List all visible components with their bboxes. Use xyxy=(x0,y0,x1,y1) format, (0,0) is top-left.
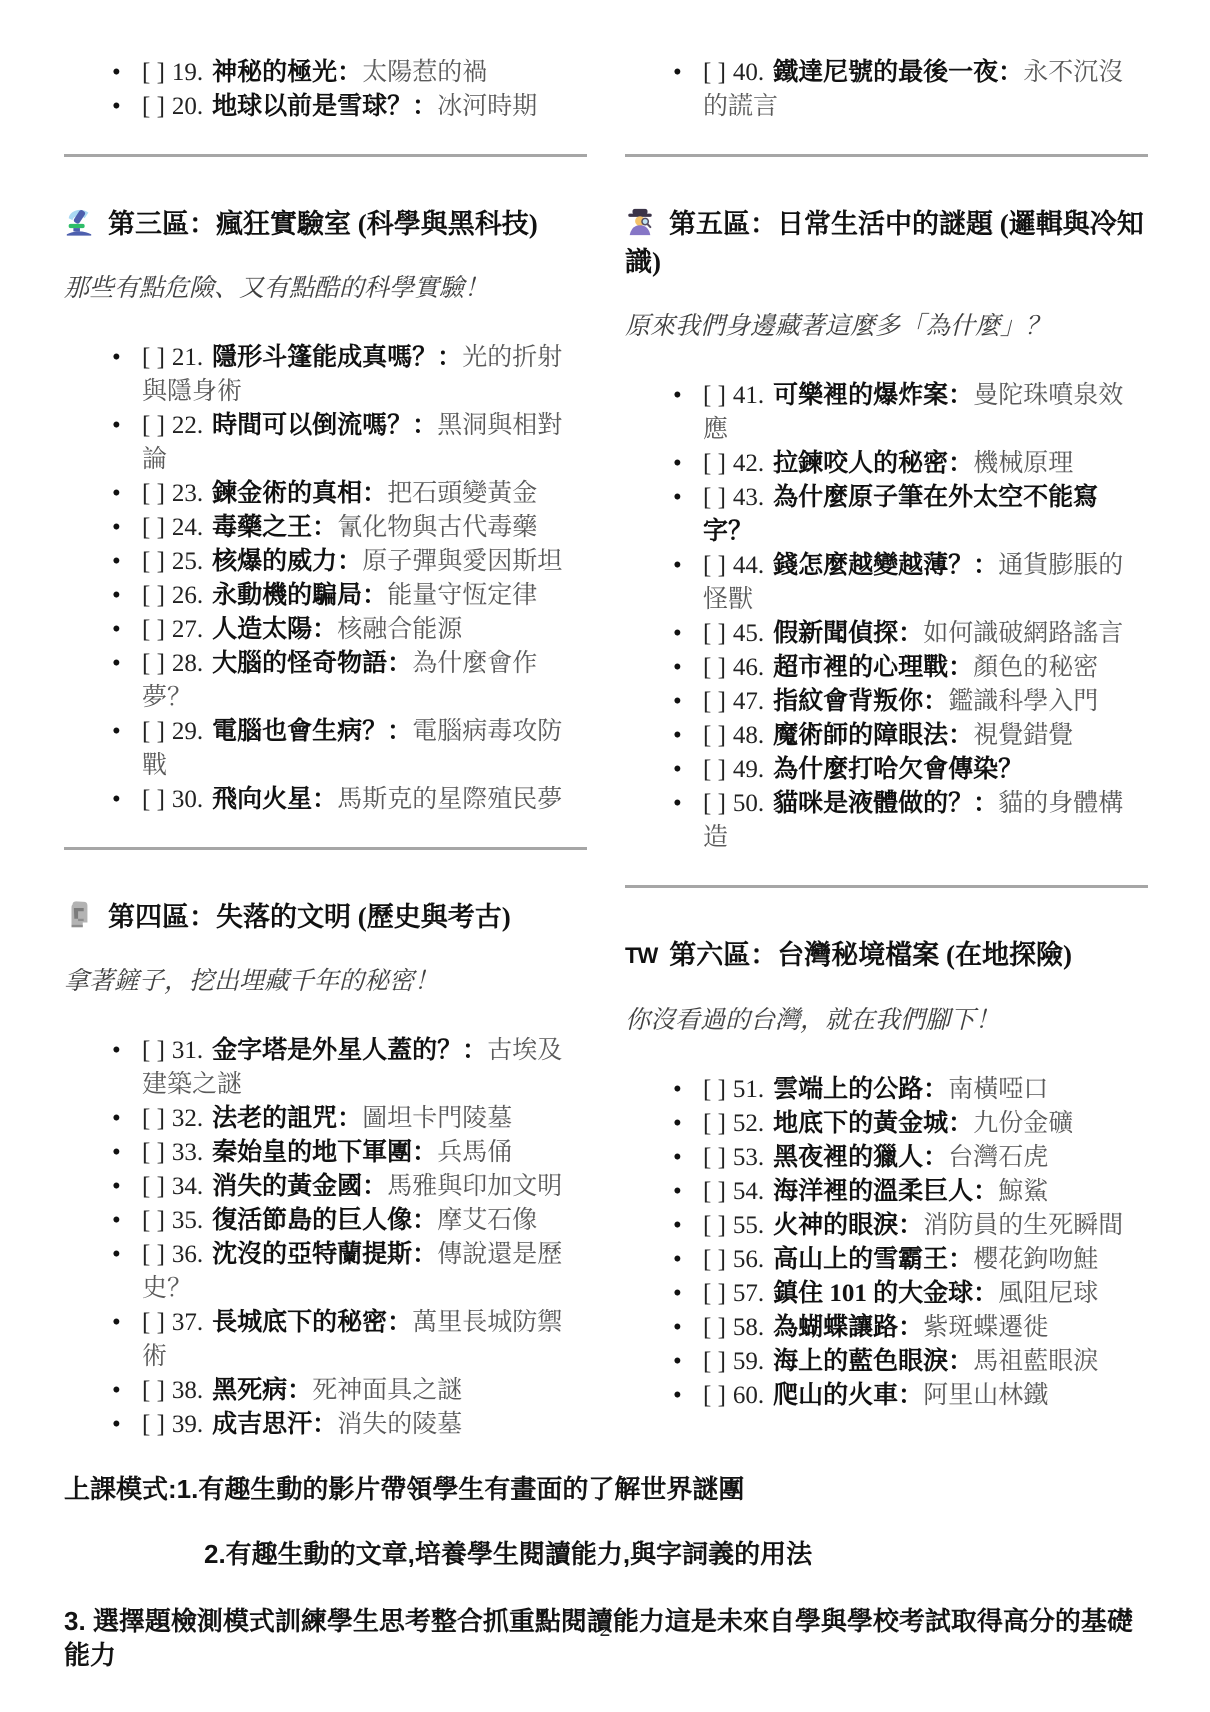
item-title: 成吉思汗 xyxy=(212,1411,312,1438)
item-title: 電腦也會生病？ xyxy=(212,718,387,745)
item-number: 36. xyxy=(172,1241,203,1268)
item-title: 法老的詛咒 xyxy=(212,1105,337,1132)
item-colon: ： xyxy=(412,93,437,120)
item-number: 24. xyxy=(172,514,203,541)
list-item: [ ]24.毒藥之王：氰化物與古代毒藥 xyxy=(142,511,587,545)
item-description: 櫻花鉤吻鮭 xyxy=(973,1246,1098,1273)
item-title: 假新聞偵探 xyxy=(773,620,898,647)
item-number: 45. xyxy=(733,620,764,647)
section-6-list: [ ]51.雲端上的公路：南橫啞口 [ ]52.地底下的黃金城：九份金礦 [ ]… xyxy=(625,1073,1148,1413)
list-item: [ ]60.爬山的火車：阿里山林鐵 xyxy=(703,1379,1148,1413)
item-number: 29. xyxy=(172,718,203,745)
item-colon: ： xyxy=(948,450,973,477)
section-divider xyxy=(625,154,1148,157)
item-number: 52. xyxy=(733,1110,764,1137)
item-number: 37. xyxy=(172,1309,203,1336)
item-number: 59. xyxy=(733,1348,764,1375)
item-title: 為什麼打哈欠會傳染？ xyxy=(773,756,1023,783)
item-description: 馬斯克的星際殖民夢 xyxy=(337,786,562,813)
item-colon: ： xyxy=(898,620,923,647)
checkbox-placeholder: [ ] xyxy=(142,548,165,575)
checkbox-placeholder: [ ] xyxy=(703,1246,726,1273)
item-number: 46. xyxy=(733,654,764,681)
item-description: 機械原理 xyxy=(973,450,1073,477)
item-colon: ： xyxy=(362,480,387,507)
item-title: 秦始皇的地下軍團 xyxy=(212,1139,412,1166)
item-description: 圖坦卡門陵墓 xyxy=(362,1105,512,1132)
item-description: 冰河時期 xyxy=(437,93,537,120)
item-colon: ： xyxy=(337,1105,362,1132)
list-item: [ ]25.核爆的威力：原子彈與愛因斯坦 xyxy=(142,545,587,579)
left-column: [ ]19.神秘的極光：太陽惹的禍 [ ]20.地球以前是雪球？：冰河時期 第三… xyxy=(64,56,587,1442)
list-item: [ ]40.鐵達尼號的最後一夜：永不沉沒的謊言 xyxy=(703,56,1148,124)
item-title: 雲端上的公路 xyxy=(773,1076,923,1103)
item-title: 人造太陽 xyxy=(212,616,312,643)
item-number: 21. xyxy=(172,344,203,371)
item-number: 56. xyxy=(733,1246,764,1273)
section-subtitle: 原來我們身邊藏著這麼多「為什麼」？ xyxy=(625,311,1148,343)
item-description: 能量守恆定律 xyxy=(387,582,537,609)
item-description: 視覺錯覺 xyxy=(973,722,1073,749)
item-colon: ： xyxy=(973,790,998,817)
item-number: 35. xyxy=(172,1207,203,1234)
checkbox-placeholder: [ ] xyxy=(703,59,726,86)
item-description: 太陽惹的禍 xyxy=(362,59,487,86)
item-number: 49. xyxy=(733,756,764,783)
item-colon: ： xyxy=(387,718,412,745)
item-colon: ： xyxy=(923,688,948,715)
item-number: 27. xyxy=(172,616,203,643)
item-description: 消失的陵墓 xyxy=(337,1411,462,1438)
checkbox-placeholder: [ ] xyxy=(703,654,726,681)
list-item: [ ]53.黑夜裡的獵人：台灣石虎 xyxy=(703,1141,1148,1175)
item-colon: ： xyxy=(948,382,973,409)
page-number: 2 xyxy=(0,1616,1210,1642)
item-title: 長城底下的秘密 xyxy=(212,1309,387,1336)
checkbox-placeholder: [ ] xyxy=(703,1212,726,1239)
taiwan-flag-icon: TW xyxy=(625,937,657,975)
item-title: 大腦的怪奇物語 xyxy=(212,650,387,677)
list-item: [ ]47.指紋會背叛你：鑑識科學入門 xyxy=(703,685,1148,719)
course-mode-notes: 上課模式:1.有趣生動的影片帶領學生有畫面的了解世界謎團 2.有趣生動的文章,培… xyxy=(64,1472,1148,1672)
list-item: [ ]30.飛向火星：馬斯克的星際殖民夢 xyxy=(142,783,587,817)
item-title: 為蝴蝶讓路 xyxy=(773,1314,898,1341)
checkbox-placeholder: [ ] xyxy=(142,1241,165,1268)
checkbox-placeholder: [ ] xyxy=(703,790,726,817)
section-4-header: 第四區：失落的文明 (歷史與考古) xyxy=(64,898,587,936)
item-colon: ： xyxy=(437,344,462,371)
item-title: 可樂裡的爆炸案 xyxy=(773,382,948,409)
list-item: [ ]26.永動機的騙局：能量守恆定律 xyxy=(142,579,587,613)
item-colon: ： xyxy=(312,514,337,541)
document-page: [ ]19.神秘的極光：太陽惹的禍 [ ]20.地球以前是雪球？：冰河時期 第三… xyxy=(0,0,1210,1712)
checkbox-placeholder: [ ] xyxy=(142,1105,165,1132)
item-colon: ： xyxy=(973,1280,998,1307)
section-divider xyxy=(64,847,587,850)
item-title: 永動機的騙局 xyxy=(212,582,362,609)
list-item: [ ]37.長城底下的秘密：萬里長城防禦術 xyxy=(142,1306,587,1374)
section-5-list: [ ]41.可樂裡的爆炸案：曼陀珠噴泉效應 [ ]42.拉鍊咬人的秘密：機械原理… xyxy=(625,379,1148,855)
section-5: 第五區：日常生活中的謎題 (邏輯與冷知識) 原來我們身邊藏著這麼多「為什麼」？ … xyxy=(625,205,1148,855)
list-item: [ ]34.消失的黃金國：馬雅與印加文明 xyxy=(142,1170,587,1204)
item-number: 47. xyxy=(733,688,764,715)
item-number: 57. xyxy=(733,1280,764,1307)
item-title: 指紋會背叛你 xyxy=(773,688,923,715)
item-colon: ： xyxy=(412,1241,437,1268)
item-number: 26. xyxy=(172,582,203,609)
item-number: 19. xyxy=(172,59,203,86)
item-number: 39. xyxy=(172,1411,203,1438)
checkbox-placeholder: [ ] xyxy=(142,616,165,643)
item-title: 鎮住 101 的大金球 xyxy=(773,1280,973,1307)
list-item: [ ]45.假新聞偵探：如何識破網路謠言 xyxy=(703,617,1148,651)
item-number: 54. xyxy=(733,1178,764,1205)
list-item: [ ]59.海上的藍色眼淚：馬祖藍眼淚 xyxy=(703,1345,1148,1379)
section-subtitle: 你沒看過的台灣，就在我們腳下！ xyxy=(625,1005,1148,1037)
checkbox-placeholder: [ ] xyxy=(703,1348,726,1375)
item-number: 25. xyxy=(172,548,203,575)
checkbox-placeholder: [ ] xyxy=(142,786,165,813)
checkbox-placeholder: [ ] xyxy=(142,1207,165,1234)
course-mode-line-2: 2.有趣生動的文章,培養學生閱讀能力,與字詞義的用法 xyxy=(64,1537,1148,1571)
microscope-icon xyxy=(64,207,94,237)
list-item: [ ]48.魔術師的障眼法：視覺錯覺 xyxy=(703,719,1148,753)
item-colon: ： xyxy=(387,1309,412,1336)
item-number: 50. xyxy=(733,790,764,817)
item-number: 41. xyxy=(733,382,764,409)
section-subtitle: 拿著鏟子，挖出埋藏千年的秘密！ xyxy=(64,966,587,998)
item-title: 黑死病 xyxy=(212,1377,287,1404)
section-title: 第三區：瘋狂實驗室 (科學與黑科技) xyxy=(108,209,538,239)
item-colon: ： xyxy=(412,412,437,439)
item-title: 海上的藍色眼淚 xyxy=(773,1348,948,1375)
list-item: [ ]27.人造太陽：核融合能源 xyxy=(142,613,587,647)
item-title: 黑夜裡的獵人 xyxy=(773,1144,923,1171)
item-colon: ： xyxy=(923,1144,948,1171)
checkbox-placeholder: [ ] xyxy=(142,1037,165,1064)
list-item: [ ]31.金字塔是外星人蓋的？：古埃及建築之謎 xyxy=(142,1034,587,1102)
item-number: 23. xyxy=(172,480,203,507)
item-description: 死神面具之謎 xyxy=(312,1377,462,1404)
item-colon: ： xyxy=(412,1207,437,1234)
item-description: 鯨鯊 xyxy=(998,1178,1048,1205)
list-item: [ ]32.法老的詛咒：圖坦卡門陵墓 xyxy=(142,1102,587,1136)
item-number: 30. xyxy=(172,786,203,813)
item-number: 53. xyxy=(733,1144,764,1171)
checkbox-placeholder: [ ] xyxy=(703,450,726,477)
item-colon: ： xyxy=(948,1348,973,1375)
item-title: 時間可以倒流嗎？ xyxy=(212,412,412,439)
checkbox-placeholder: [ ] xyxy=(142,514,165,541)
checkbox-placeholder: [ ] xyxy=(142,718,165,745)
item-title: 核爆的威力 xyxy=(212,548,337,575)
item-number: 31. xyxy=(172,1037,203,1064)
item-description: 把石頭變黃金 xyxy=(387,480,537,507)
item-title: 火神的眼淚 xyxy=(773,1212,898,1239)
item-title: 地球以前是雪球？ xyxy=(212,93,412,120)
section-5-header: 第五區：日常生活中的謎題 (邏輯與冷知識) xyxy=(625,205,1148,281)
checkbox-placeholder: [ ] xyxy=(142,1377,165,1404)
checkbox-placeholder: [ ] xyxy=(142,344,165,371)
checkbox-placeholder: [ ] xyxy=(703,620,726,647)
checkbox-placeholder: [ ] xyxy=(142,412,165,439)
checkbox-placeholder: [ ] xyxy=(703,1280,726,1307)
list-item: [ ]46.超市裡的心理戰：顏色的秘密 xyxy=(703,651,1148,685)
checkbox-placeholder: [ ] xyxy=(142,650,165,677)
item-title: 高山上的雪霸王 xyxy=(773,1246,948,1273)
item-colon: ： xyxy=(412,1139,437,1166)
item-colon: ： xyxy=(948,1110,973,1137)
list-item: [ ]43.為什麼原子筆在外太空不能寫字？ xyxy=(703,481,1148,549)
item-description: 台灣石虎 xyxy=(948,1144,1048,1171)
list-item: [ ]21.隱形斗篷能成真嗎？：光的折射與隱身術 xyxy=(142,341,587,409)
item-number: 34. xyxy=(172,1173,203,1200)
item-description: 紫斑蝶遷徙 xyxy=(923,1314,1048,1341)
item-colon: ： xyxy=(973,552,998,579)
checkbox-placeholder: [ ] xyxy=(703,1178,726,1205)
course-mode-line-1: 上課模式:1.有趣生動的影片帶領學生有畫面的了解世界謎團 xyxy=(64,1472,1148,1506)
section-title: 第六區：台灣秘境檔案 (在地探險) xyxy=(669,940,1072,970)
section-subtitle: 那些有點危險、又有點酷的科學實驗！ xyxy=(64,273,587,305)
item-title: 鐵達尼號的最後一夜 xyxy=(773,59,998,86)
item-description: 馬祖藍眼淚 xyxy=(973,1348,1098,1375)
checkbox-placeholder: [ ] xyxy=(703,756,726,783)
list-item: [ ]20.地球以前是雪球？：冰河時期 xyxy=(142,90,587,124)
item-title: 神秘的極光 xyxy=(212,59,337,86)
checkbox-placeholder: [ ] xyxy=(142,480,165,507)
checkbox-placeholder: [ ] xyxy=(703,1076,726,1103)
item-description: 如何識破網路謠言 xyxy=(923,620,1123,647)
list-item: [ ]39.成吉思汗：消失的陵墓 xyxy=(142,1408,587,1442)
list-item: [ ]51.雲端上的公路：南橫啞口 xyxy=(703,1073,1148,1107)
item-title: 海洋裡的溫柔巨人 xyxy=(773,1178,973,1205)
item-description: 核融合能源 xyxy=(337,616,462,643)
item-number: 58. xyxy=(733,1314,764,1341)
item-colon: ： xyxy=(998,59,1023,86)
item-description: 兵馬俑 xyxy=(437,1139,512,1166)
list-item: [ ]50.貓咪是液體做的？：貓的身體構造 xyxy=(703,787,1148,855)
item-number: 28. xyxy=(172,650,203,677)
list-item: [ ]41.可樂裡的爆炸案：曼陀珠噴泉效應 xyxy=(703,379,1148,447)
item-description: 原子彈與愛因斯坦 xyxy=(362,548,562,575)
item-number: 43. xyxy=(733,484,764,511)
checkbox-placeholder: [ ] xyxy=(142,1139,165,1166)
list-item: [ ]29.電腦也會生病？：電腦病毒攻防戰 xyxy=(142,715,587,783)
section-4: 第四區：失落的文明 (歷史與考古) 拿著鏟子，挖出埋藏千年的秘密！ [ ]31.… xyxy=(64,898,587,1442)
checkbox-placeholder: [ ] xyxy=(142,93,165,120)
item-number: 33. xyxy=(172,1139,203,1166)
item-title: 毒藥之王 xyxy=(212,514,312,541)
list-item: [ ]52.地底下的黃金城：九份金礦 xyxy=(703,1107,1148,1141)
carryover-list-left: [ ]19.神秘的極光：太陽惹的禍 [ ]20.地球以前是雪球？：冰河時期 xyxy=(64,56,587,124)
list-item: [ ]36.沈沒的亞特蘭提斯：傳說還是歷史？ xyxy=(142,1238,587,1306)
section-6-header: TW第六區：台灣秘境檔案 (在地探險) xyxy=(625,936,1148,975)
item-colon: ： xyxy=(337,59,362,86)
checkbox-placeholder: [ ] xyxy=(703,552,726,579)
item-description: 氰化物與古代毒藥 xyxy=(337,514,537,541)
item-title: 消失的黃金國 xyxy=(212,1173,362,1200)
item-title: 隱形斗篷能成真嗎？ xyxy=(212,344,437,371)
item-number: 20. xyxy=(172,93,203,120)
item-colon: ： xyxy=(898,1314,923,1341)
checkbox-placeholder: [ ] xyxy=(703,484,726,511)
item-title: 復活節島的巨人像 xyxy=(212,1207,412,1234)
section-3-list: [ ]21.隱形斗篷能成真嗎？：光的折射與隱身術 [ ]22.時間可以倒流嗎？：… xyxy=(64,341,587,817)
list-item: [ ]33.秦始皇的地下軍團：兵馬俑 xyxy=(142,1136,587,1170)
moai-icon xyxy=(64,900,94,930)
item-number: 60. xyxy=(733,1382,764,1409)
item-number: 51. xyxy=(733,1076,764,1103)
item-number: 32. xyxy=(172,1105,203,1132)
item-title: 錢怎麼越變越薄？ xyxy=(773,552,973,579)
list-item: [ ]57.鎮住 101 的大金球：風阻尼球 xyxy=(703,1277,1148,1311)
list-item: [ ]38.黑死病：死神面具之謎 xyxy=(142,1374,587,1408)
item-colon: ： xyxy=(462,1037,487,1064)
item-colon: ： xyxy=(923,1076,948,1103)
carryover-list-right: [ ]40.鐵達尼號的最後一夜：永不沉沒的謊言 xyxy=(625,56,1148,124)
item-colon: ： xyxy=(312,1411,337,1438)
section-divider xyxy=(625,885,1148,888)
section-divider xyxy=(64,154,587,157)
item-colon: ： xyxy=(312,616,337,643)
item-colon: ： xyxy=(362,582,387,609)
item-description: 阿里山林鐵 xyxy=(923,1382,1048,1409)
checkbox-placeholder: [ ] xyxy=(142,1411,165,1438)
item-description: 九份金礦 xyxy=(973,1110,1073,1137)
item-number: 42. xyxy=(733,450,764,477)
item-colon: ： xyxy=(973,1178,998,1205)
item-title: 地底下的黃金城 xyxy=(773,1110,948,1137)
item-number: 40. xyxy=(733,59,764,86)
item-colon: ： xyxy=(898,1382,923,1409)
item-description: 顏色的秘密 xyxy=(973,654,1098,681)
section-6: TW第六區：台灣秘境檔案 (在地探險) 你沒看過的台灣，就在我們腳下！ [ ]5… xyxy=(625,936,1148,1413)
checkbox-placeholder: [ ] xyxy=(142,1173,165,1200)
item-number: 48. xyxy=(733,722,764,749)
checkbox-placeholder: [ ] xyxy=(703,1110,726,1137)
item-description: 風阻尼球 xyxy=(998,1280,1098,1307)
section-3: 第三區：瘋狂實驗室 (科學與黑科技) 那些有點危險、又有點酷的科學實驗！ [ ]… xyxy=(64,205,587,817)
section-title: 第四區：失落的文明 (歷史與考古) xyxy=(108,902,511,932)
list-item: [ ]42.拉鍊咬人的秘密：機械原理 xyxy=(703,447,1148,481)
item-title: 魔術師的障眼法 xyxy=(773,722,948,749)
list-item: [ ]49.為什麼打哈欠會傳染？ xyxy=(703,753,1148,787)
checkbox-placeholder: [ ] xyxy=(703,688,726,715)
item-description: 鑑識科學入門 xyxy=(948,688,1098,715)
list-item: [ ]19.神秘的極光：太陽惹的禍 xyxy=(142,56,587,90)
list-item: [ ]28.大腦的怪奇物語：為什麼會作夢？ xyxy=(142,647,587,715)
item-description: 南橫啞口 xyxy=(948,1076,1048,1103)
checkbox-placeholder: [ ] xyxy=(703,1314,726,1341)
item-title: 飛向火星 xyxy=(212,786,312,813)
item-title: 拉鍊咬人的秘密 xyxy=(773,450,948,477)
checkbox-placeholder: [ ] xyxy=(703,1382,726,1409)
item-colon: ： xyxy=(948,722,973,749)
checkbox-placeholder: [ ] xyxy=(703,1144,726,1171)
checkbox-placeholder: [ ] xyxy=(142,582,165,609)
item-number: 38. xyxy=(172,1377,203,1404)
right-column: [ ]40.鐵達尼號的最後一夜：永不沉沒的謊言 第五區：日常生活中的謎 xyxy=(625,56,1148,1442)
item-description: 摩艾石像 xyxy=(437,1207,537,1234)
item-colon: ： xyxy=(948,654,973,681)
section-title: 第五區：日常生活中的謎題 (邏輯與冷知識) xyxy=(625,209,1144,277)
item-title: 鍊金術的真相 xyxy=(212,480,362,507)
list-item: [ ]22.時間可以倒流嗎？：黑洞與相對論 xyxy=(142,409,587,477)
list-item: [ ]23.鍊金術的真相：把石頭變黃金 xyxy=(142,477,587,511)
list-item: [ ]44.錢怎麼越變越薄？：通貨膨脹的怪獸 xyxy=(703,549,1148,617)
checkbox-placeholder: [ ] xyxy=(703,722,726,749)
checkbox-placeholder: [ ] xyxy=(703,382,726,409)
item-colon: ： xyxy=(387,650,412,677)
item-title: 貓咪是液體做的？ xyxy=(773,790,973,817)
item-title: 沈沒的亞特蘭提斯 xyxy=(212,1241,412,1268)
item-colon: ： xyxy=(362,1173,387,1200)
item-colon: ： xyxy=(337,548,362,575)
item-title: 金字塔是外星人蓋的？ xyxy=(212,1037,462,1064)
two-column-layout: [ ]19.神秘的極光：太陽惹的禍 [ ]20.地球以前是雪球？：冰河時期 第三… xyxy=(64,56,1148,1442)
section-3-header: 第三區：瘋狂實驗室 (科學與黑科技) xyxy=(64,205,587,243)
list-item: [ ]58.為蝴蝶讓路：紫斑蝶遷徙 xyxy=(703,1311,1148,1345)
item-colon: ： xyxy=(898,1212,923,1239)
item-number: 44. xyxy=(733,552,764,579)
checkbox-placeholder: [ ] xyxy=(142,59,165,86)
list-item: [ ]55.火神的眼淚：消防員的生死瞬間 xyxy=(703,1209,1148,1243)
item-colon: ： xyxy=(287,1377,312,1404)
list-item: [ ]54.海洋裡的溫柔巨人：鯨鯊 xyxy=(703,1175,1148,1209)
item-number: 55. xyxy=(733,1212,764,1239)
item-title: 超市裡的心理戰 xyxy=(773,654,948,681)
checkbox-placeholder: [ ] xyxy=(142,1309,165,1336)
item-description: 馬雅與印加文明 xyxy=(387,1173,562,1200)
item-colon: ： xyxy=(948,1246,973,1273)
item-number: 22. xyxy=(172,412,203,439)
item-description: 消防員的生死瞬間 xyxy=(923,1212,1123,1239)
item-title: 爬山的火車 xyxy=(773,1382,898,1409)
list-item: [ ]56.高山上的雪霸王：櫻花鉤吻鮭 xyxy=(703,1243,1148,1277)
item-colon: ： xyxy=(312,786,337,813)
section-4-list: [ ]31.金字塔是外星人蓋的？：古埃及建築之謎 [ ]32.法老的詛咒：圖坦卡… xyxy=(64,1034,587,1442)
list-item: [ ]35.復活節島的巨人像：摩艾石像 xyxy=(142,1204,587,1238)
detective-icon xyxy=(625,207,655,237)
